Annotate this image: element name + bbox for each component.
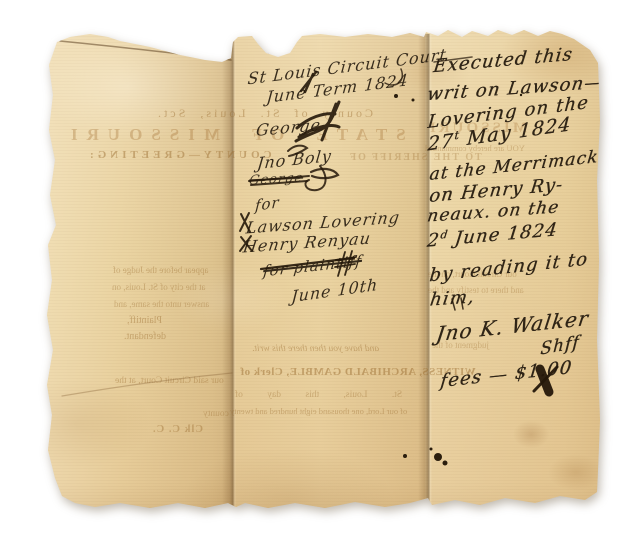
paper-sheet: County of St. Louis, Sct. STATE OF MISSO… [0, 0, 640, 543]
ink-specks [394, 94, 522, 466]
scribble-above-boly [288, 146, 307, 156]
strikeout-name [249, 176, 309, 185]
document-paper: County of St. Louis, Sct. STATE OF MISSO… [0, 0, 640, 543]
hash-mark-plaintiff [335, 251, 356, 276]
top-fold-crease [60, 41, 231, 60]
left-panel-crease [62, 373, 232, 396]
strike-executed [434, 57, 472, 62]
court-flourish-loop [385, 69, 402, 85]
scribble-after-george [296, 102, 339, 141]
ink-scribbles [0, 0, 640, 543]
check-mark-lawson [240, 213, 250, 232]
check-mark-henry [240, 236, 252, 251]
him-tick-marks [452, 298, 463, 310]
slash-over-june [301, 72, 316, 92]
scan-canvas: County of St. Louis, Sct. STATE OF MISSO… [0, 0, 640, 543]
